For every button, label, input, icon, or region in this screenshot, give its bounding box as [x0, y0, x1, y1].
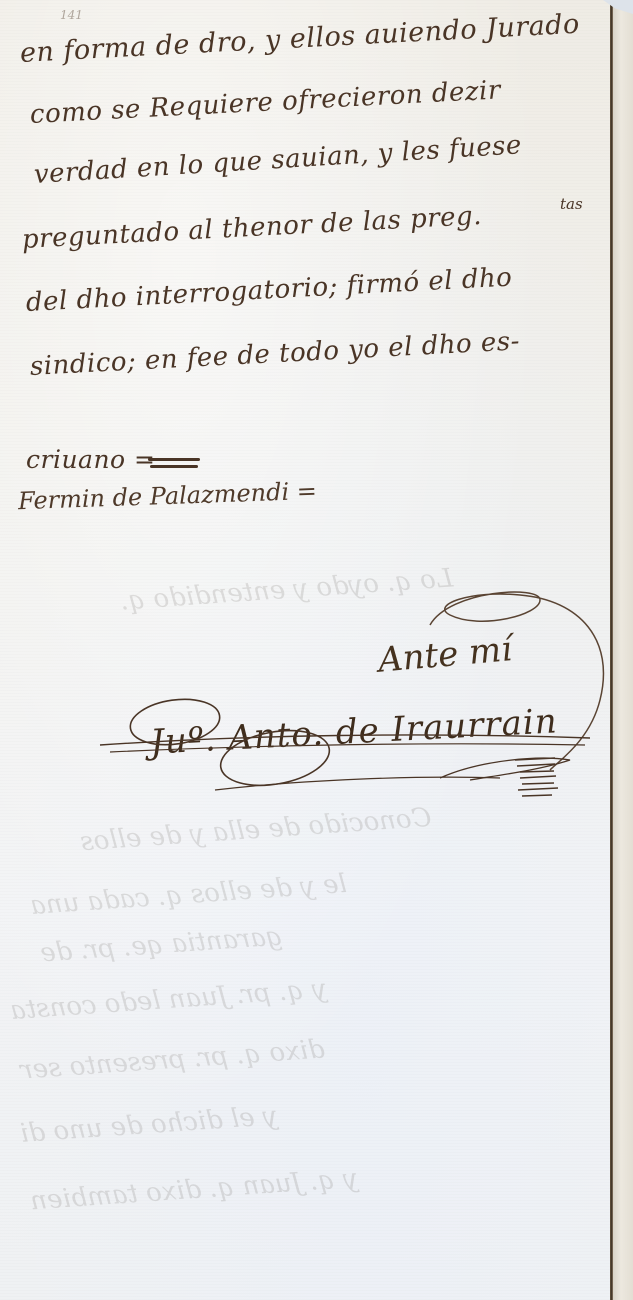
text-line-5: del dho interrogatorio; firmó el dho [25, 263, 513, 318]
manuscript-page: Lo q. oydo y entendido q. Conocido de el… [0, 0, 612, 1300]
text-line-6: sindico; en fee de todo yo el dho es- [29, 326, 520, 382]
bleed-through-line: Lo q. oydo y entendido q. [119, 563, 454, 616]
scanned-document: Lo q. oydo y entendido q. Conocido de el… [0, 0, 633, 1300]
superscript-abbreviation: tas [560, 195, 583, 213]
bleed-through-line: y el dicho de uno di [19, 1101, 278, 1149]
bleed-through-line: Conocido de ella y de ellos [79, 803, 432, 857]
folio-mark: 141 [60, 8, 83, 22]
text-line-4: preguntado al thenor de las preg. [21, 201, 482, 255]
attestation-text: Ante mí [377, 629, 514, 681]
adjacent-page-edge [613, 0, 633, 1300]
bleed-through-line: le y de ellos q. cada una [29, 869, 347, 921]
bleed-through-line: y q. pr. Juan ledo consta [9, 974, 327, 1026]
bleed-through-line: garantia qe. pr. de [39, 922, 283, 969]
text-line-3: verdad en lo que sauian, y les fuese [33, 130, 523, 190]
text-line-1: en forma de dro, y ellos auiendo Jurado [19, 9, 580, 69]
text-line-7: criuano = [26, 445, 156, 474]
deponent-signature: Fermin de Palazmendi = [18, 477, 318, 515]
double-rule [150, 465, 198, 468]
bleed-through-line: y q. Juan q. dixo tambien [29, 1164, 359, 1217]
bleed-through-line: dixo q. pr. presento ser [19, 1034, 325, 1085]
text-line-2: como se Requiere ofrecieron dezir [29, 75, 501, 130]
double-rule [148, 458, 200, 461]
notary-signature: Juº. Anto. de Iraurrain [149, 701, 558, 762]
notary-flourish-icon [0, 0, 633, 1300]
